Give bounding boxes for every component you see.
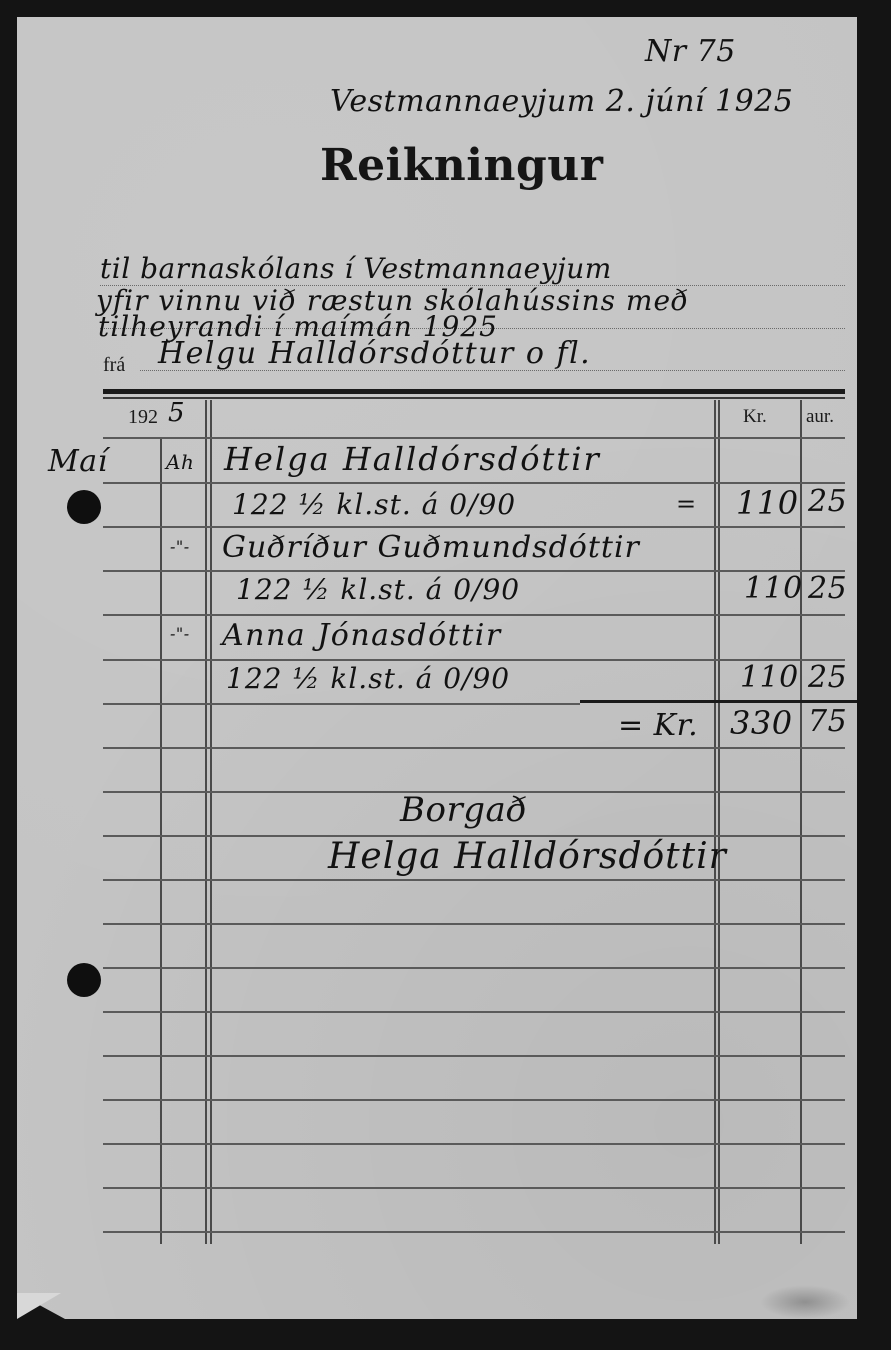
ruled-line <box>103 703 580 705</box>
header-rule-thick <box>103 389 845 394</box>
ruled-line <box>103 659 845 661</box>
row-4-aur: 25 <box>808 571 847 606</box>
signature-name: Helga Halldórsdóttir <box>328 836 727 877</box>
ruled-line <box>103 482 845 484</box>
ruled-line <box>103 526 845 528</box>
row-4-kr: 110 <box>744 571 803 606</box>
fingerprint-smudge <box>760 1285 850 1319</box>
row-2-text: 122 ½ kl.st. á 0/90 <box>232 488 516 521</box>
ruled-line <box>103 1011 845 1013</box>
row-3-day: -"- <box>170 537 190 556</box>
paid-label: Borgað <box>400 790 527 830</box>
from-label: frá <box>103 354 125 377</box>
total-kr: 330 <box>730 704 793 742</box>
column-divider-month-day <box>160 438 162 1244</box>
ruled-line <box>103 1143 845 1145</box>
ruled-line <box>103 1231 845 1233</box>
ruled-line <box>103 570 845 572</box>
ruled-line <box>103 967 845 969</box>
row-4-text: 122 ½ kl.st. á 0/90 <box>236 573 520 606</box>
ruled-line <box>103 614 845 616</box>
year-handwritten: 5 <box>168 398 185 428</box>
ruled-line <box>103 1099 845 1101</box>
row-1-text: Helga Halldórsdóttir <box>224 440 601 478</box>
row-5-day: -"- <box>170 624 190 643</box>
ruled-line <box>103 923 845 925</box>
total-label: = Kr. <box>618 708 698 743</box>
folded-corner <box>17 1293 61 1319</box>
ruled-line <box>103 747 845 749</box>
row-5-text: Anna Jónasdóttir <box>222 618 502 653</box>
row-3-text: Guðríður Guðmundsdóttir <box>222 530 640 565</box>
row-6-kr: 110 <box>740 660 799 695</box>
row-6-text: 122 ½ kl.st. á 0/90 <box>226 662 510 695</box>
ruled-line <box>103 1055 845 1057</box>
row-2-equals: = <box>676 490 697 518</box>
row-2-aur: 25 <box>808 484 847 519</box>
invoice-number: Nr 75 <box>645 34 736 69</box>
row-2-kr: 110 <box>736 484 799 522</box>
ruled-line <box>103 437 845 439</box>
hole-punch-bottom <box>67 963 101 997</box>
total-underline <box>580 700 857 703</box>
column-header-kr: Kr. <box>743 406 767 428</box>
from-value: Helgu Halldórsdóttur o fl. <box>158 336 591 371</box>
ruled-line <box>103 1187 845 1189</box>
ruled-line <box>103 879 845 881</box>
recipient-line-1: til barnaskólans í Vestmannaeyjum <box>100 252 612 285</box>
header-rule-thin <box>103 397 845 399</box>
column-header-aur: aur. <box>806 406 834 428</box>
hole-punch-top <box>67 490 101 524</box>
year-printed: 192 <box>128 406 158 429</box>
total-aur: 75 <box>808 704 847 739</box>
row-6-aur: 25 <box>808 660 847 695</box>
row-1-day: Ah <box>166 450 194 474</box>
page-title: Reikningur <box>320 140 603 191</box>
place-date: Vestmannaeyjum 2. júní 1925 <box>330 84 793 119</box>
row-1-month: Maí <box>48 444 108 479</box>
